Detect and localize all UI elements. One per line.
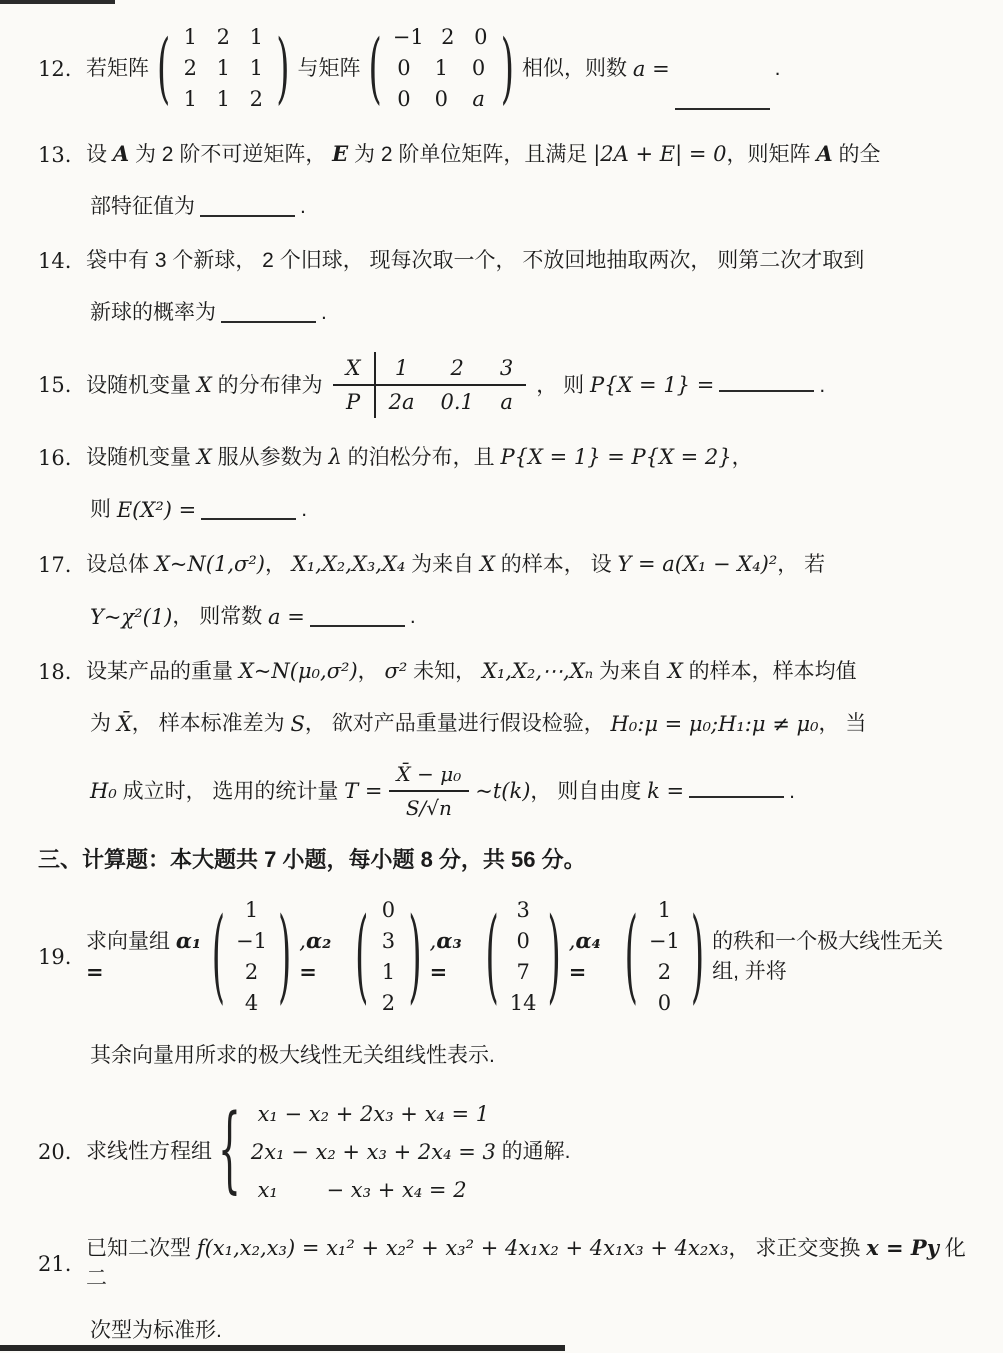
question-16-line-1: 16. 设随机变量 X 服从参数为 λ 的泊松分布，且 P{X = 1} = P… — [38, 442, 969, 473]
question-text: 的秩和一个极大线性无关组, 并将 — [712, 927, 969, 987]
table-cell: 2a — [376, 386, 428, 418]
question-text: ~t(k)， 则自由度 k =. — [475, 776, 795, 807]
question-text: 相似，则数 — [522, 54, 633, 84]
table-cell: 2 — [427, 352, 486, 386]
question-17-line-1: 17. 设总体 X~N(1,σ²)， X₁,X₂,X₃,X₄ 为来自 X 的样本… — [38, 549, 969, 580]
table-cell: 3 — [487, 352, 526, 386]
distribution-table: X 1 2 3 P 2a 0.1 a — [333, 352, 527, 418]
question-text: 设随机变量 X 的分布律为 — [86, 370, 323, 401]
question-16-line-2: 则 E(X²) =. — [90, 495, 969, 525]
column-vector-alpha3: (30714) — [486, 895, 561, 1019]
question-text: ,α₄ = — [569, 926, 617, 988]
statistic-fraction: X̄ − μ₀ S/√n — [389, 761, 470, 821]
question-21: 21. 已知二次型 f(x₁,x₂,x₃) = x₁² + x₂² + x₃² … — [38, 1233, 969, 1346]
question-13: 13. 设 A 为 2 阶不可逆矩阵， E 为 2 阶单位矩阵，且满足 |2A … — [38, 139, 969, 222]
question-text: ,α₃ = — [430, 926, 478, 988]
table-cell: X — [333, 352, 376, 386]
question-text: 设总体 X~N(1,σ²)， X₁,X₂,X₃,X₄ 为来自 X 的样本， 设 … — [86, 549, 825, 580]
question-13-line-1: 13. 设 A 为 2 阶不可逆矩阵， E 为 2 阶单位矩阵，且满足 |2A … — [38, 139, 969, 170]
question-12: 12. 若矩阵 (121211112) 与矩阵 (−12001000a) 相似，… — [38, 22, 969, 115]
question-21-line-1: 21. 已知二次型 f(x₁,x₂,x₃) = x₁² + x₂² + x₃² … — [38, 1233, 969, 1294]
column-vector-alpha2: (0312) — [355, 895, 422, 1019]
question-number: 15. — [38, 370, 86, 400]
question-text: 求向量组 α₁ = — [86, 926, 204, 988]
question-16: 16. 设随机变量 X 服从参数为 λ 的泊松分布，且 P{X = 1} = P… — [38, 442, 969, 525]
section-header: 三、计算题：本大题共 7 小题，每小题 8 分，共 56 分。 — [38, 845, 969, 875]
question-text: . — [775, 54, 781, 84]
question-text: 设随机变量 X 服从参数为 λ 的泊松分布，且 P{X = 1} = P{X =… — [86, 442, 753, 473]
question-17: 17. 设总体 X~N(1,σ²)， X₁,X₂,X₃,X₄ 为来自 X 的样本… — [38, 549, 969, 632]
question-19-line-1: 19. 求向量组 α₁ = (1−124) ,α₂ = (0312) ,α₃ =… — [38, 895, 969, 1019]
question-12-line: 12. 若矩阵 (121211112) 与矩阵 (−12001000a) 相似，… — [38, 22, 969, 115]
question-18-line-1: 18. 设某产品的重量 X~N(μ₀,σ²)， σ² 未知， X₁,X₂,⋯,X… — [38, 656, 969, 687]
question-text: 若矩阵 — [86, 54, 149, 84]
matrix-a: (121211112) — [157, 22, 290, 115]
question-number: 14. — [38, 246, 86, 276]
scan-edge-artifact-top — [0, 0, 115, 4]
blank-underline — [675, 88, 770, 110]
fraction-denominator: S/√n — [389, 792, 470, 821]
question-21-line-2: 次型为标准形. — [90, 1316, 969, 1346]
system-brace: { — [218, 1105, 241, 1199]
question-14: 14. 袋中有 3 个新球， 2 个旧球， 现每次取一个， 不放回地抽取两次， … — [38, 246, 969, 328]
table-cell: 1 — [376, 352, 428, 386]
math-expression: a = — [633, 54, 670, 84]
question-15: 15. 设随机变量 X 的分布律为 X 1 2 3 P 2a 0.1 a ， 则… — [38, 352, 969, 418]
question-15-line: 15. 设随机变量 X 的分布律为 X 1 2 3 P 2a 0.1 a ， 则… — [38, 352, 969, 418]
question-18-line-2: 为 X̄， 样本标准差为 S， 欲对产品重量进行假设检验， H₀:μ = μ₀;… — [90, 709, 969, 739]
column-vector-alpha4: (1−120) — [625, 895, 705, 1019]
question-14-line-1: 14. 袋中有 3 个新球， 2 个旧球， 现每次取一个， 不放回地抽取两次， … — [38, 246, 969, 276]
table-cell: a — [487, 386, 526, 418]
column-vector-alpha1: (1−124) — [212, 895, 292, 1019]
question-19-line-2: 其余向量用所求的极大线性无关组线性表示. — [90, 1041, 969, 1071]
equation-system: x₁ − x₂ + 2x₃ + x₄ = 12x₁ − x₂ + x₃ + 2x… — [251, 1095, 496, 1209]
question-14-line-2: 新球的概率为. — [90, 298, 969, 328]
question-text: 的通解. — [496, 1137, 571, 1167]
question-text: 与矩阵 — [298, 54, 361, 84]
question-19: 19. 求向量组 α₁ = (1−124) ,α₂ = (0312) ,α₃ =… — [38, 895, 969, 1071]
question-17-line-2: Y~χ²(1)， 则常数 a =. — [90, 602, 969, 632]
question-number: 20. — [38, 1137, 86, 1167]
scan-edge-artifact-bottom — [0, 1345, 565, 1351]
question-text: 袋中有 3 个新球， 2 个旧球， 现每次取一个， 不放回地抽取两次， 则第二次… — [86, 246, 864, 276]
question-number: 21. — [38, 1249, 86, 1279]
question-number: 13. — [38, 140, 86, 170]
question-number: 19. — [38, 942, 86, 972]
question-number: 18. — [38, 657, 86, 687]
exam-paper-page: 12. 若矩阵 (121211112) 与矩阵 (−12001000a) 相似，… — [0, 0, 1003, 1353]
question-text: ,α₂ = — [299, 926, 347, 988]
question-text: H₀ 成立时， 选用的统计量 T = — [90, 776, 383, 807]
fraction-numerator: X̄ − μ₀ — [389, 761, 470, 792]
table-cell: 0.1 — [427, 386, 486, 418]
question-text: ， 则 P{X = 1} =. — [536, 370, 825, 401]
question-number: 16. — [38, 443, 86, 473]
matrix-b: (−12001000a) — [369, 22, 515, 115]
question-text: 已知二次型 f(x₁,x₂,x₃) = x₁² + x₂² + x₃² + 4x… — [86, 1233, 969, 1294]
table-cell: P — [333, 386, 376, 418]
question-20: 20. 求线性方程组 { x₁ − x₂ + 2x₃ + x₄ = 12x₁ −… — [38, 1095, 969, 1209]
question-number: 17. — [38, 550, 86, 580]
question-text: 设 A 为 2 阶不可逆矩阵， E 为 2 阶单位矩阵，且满足 |2A + E|… — [86, 139, 880, 170]
question-18: 18. 设某产品的重量 X~N(μ₀,σ²)， σ² 未知， X₁,X₂,⋯,X… — [38, 656, 969, 821]
question-number: 12. — [38, 54, 86, 84]
question-text: 求线性方程组 — [86, 1137, 212, 1167]
question-20-line: 20. 求线性方程组 { x₁ − x₂ + 2x₃ + x₄ = 12x₁ −… — [38, 1095, 969, 1209]
question-13-line-2: 部特征值为. — [90, 192, 969, 222]
question-text: 设某产品的重量 X~N(μ₀,σ²)， σ² 未知， X₁,X₂,⋯,Xₙ 为来… — [86, 656, 857, 687]
question-18-line-3: H₀ 成立时， 选用的统计量 T = X̄ − μ₀ S/√n ~t(k)， 则… — [90, 761, 969, 821]
